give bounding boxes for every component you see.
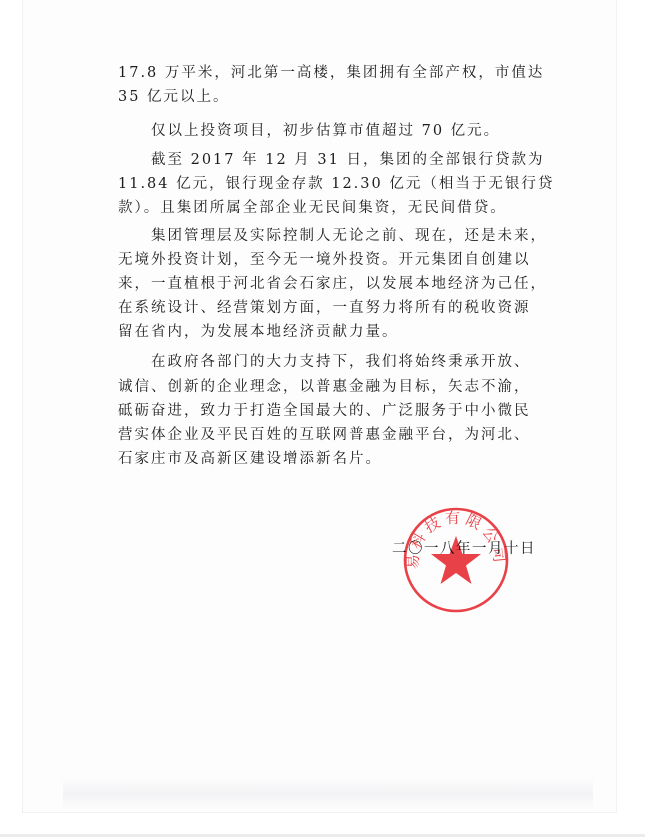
paragraph-3-line-1: 截至 2017 年 12 月 31 日，集团的全部银行贷款为 (151, 148, 544, 172)
paragraph-4-line-1: 集团管理层及实际控制人无论之前、现在，还是未来， (151, 224, 547, 248)
paragraph-5-line-3: 砥砺奋进，致力于打造全国最大的、广泛服务于中小微民 (118, 399, 531, 423)
company-seal: 易科技有限公司 (402, 506, 510, 614)
paragraph-4-line-3: 来，一直植根于河北省会石家庄，以发展本地经济为己任， (118, 272, 547, 296)
star-icon (431, 536, 481, 584)
paragraph-3-line-2: 11.84 亿元，银行现金存款 12.30 亿元（相当于无银行贷 (118, 172, 554, 196)
paragraph-4-line-2: 无境外投资计划，至今无一境外投资。开元集团自创建以 (118, 248, 531, 272)
paragraph-5-line-1: 在政府各部门的大力支持下，我们将始终秉承开放、 (151, 350, 531, 374)
paragraph-5-line-5: 石家庄市及高新区建设增添新名片。 (118, 447, 382, 471)
scan-shadow (63, 778, 593, 810)
paragraph-1-line-1: 17.8 万平米，河北第一高楼，集团拥有全部产权，市值达 (118, 61, 544, 85)
paragraph-3-line-3: 款）。且集团所属全部企业无民间集资，无民间借贷。 (118, 196, 507, 220)
paragraph-2-line-1: 仅以上投资项目，初步估算市值超过 70 亿元。 (151, 119, 500, 143)
paragraph-5-line-4: 营实体企业及平民百姓的互联网普惠金融平台，为河北、 (118, 423, 531, 447)
paragraph-1-line-2: 35 亿元以上。 (118, 85, 230, 109)
paragraph-4-line-5: 留在省内，为发展本地经济贡献力量。 (118, 320, 399, 344)
paragraph-4-line-4: 在系统设计、经营策划方面，一直努力将所有的税收资源 (118, 296, 531, 320)
paragraph-5-line-2: 诚信、创新的企业理念，以普惠金融为目标，矢志不渝， (118, 375, 531, 399)
